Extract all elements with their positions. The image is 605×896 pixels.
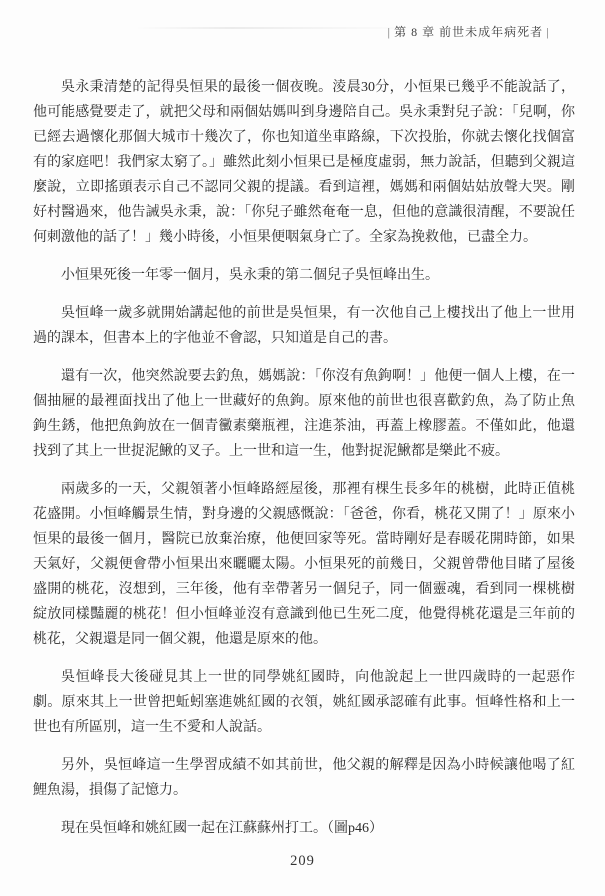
page-number: 209 [0, 853, 605, 870]
book-page: |第 8 章 前世未成年病死者| 吳永秉清楚的記得吳恒果的最後一個夜晚。淩晨30… [0, 0, 605, 896]
paragraph-2: 小恒果死後一年零一個月，吳永秉的第二個兒子吳恒峰出生。 [33, 263, 575, 288]
paragraph-1: 吳永秉清楚的記得吳恒果的最後一個夜晚。淩晨30分，小恒果已幾乎不能說話了，他可能… [33, 75, 575, 250]
paragraph-6: 吳恒峰長大後碰見其上一世的同學姚紅國時，向他說起上一世四歲時的一起惡作劇。原來其… [33, 665, 575, 740]
header-right-bar: | [543, 27, 553, 39]
scan-artifact-smudge [135, 27, 425, 29]
header-left-bar: | [384, 27, 394, 39]
chapter-running-header: |第 8 章 前世未成年病死者| [384, 23, 553, 40]
paragraph-3: 吳恒峰一歲多就開始講起他的前世是吳恒果，有一次他自己上樓找出了他上一世用過的課本… [33, 301, 575, 351]
page-body-text: 吳永秉清楚的記得吳恒果的最後一個夜晚。淩晨30分，小恒果已幾乎不能說話了，他可能… [33, 75, 575, 854]
chapter-title: 第 8 章 前世未成年病死者 [394, 25, 543, 39]
paragraph-7: 另外，吳恒峰這一生學習成績不如其前世，他父親的解釋是因為小時候讓他喝了紅鯉魚湯，… [33, 753, 575, 803]
paragraph-5: 兩歲多的一天，父親領著小恒峰路經屋後，那裡有棵生長多年的桃樹，此時正值桃花盛開。… [33, 477, 575, 652]
paragraph-8: 現在吳恒峰和姚紅國一起在江蘇蘇州打工。（圖p46） [33, 816, 575, 841]
paragraph-4: 還有一次，他突然說要去釣魚，媽媽說：「你沒有魚鉤啊！」他便一個人上樓，在一個抽屜… [33, 364, 575, 464]
